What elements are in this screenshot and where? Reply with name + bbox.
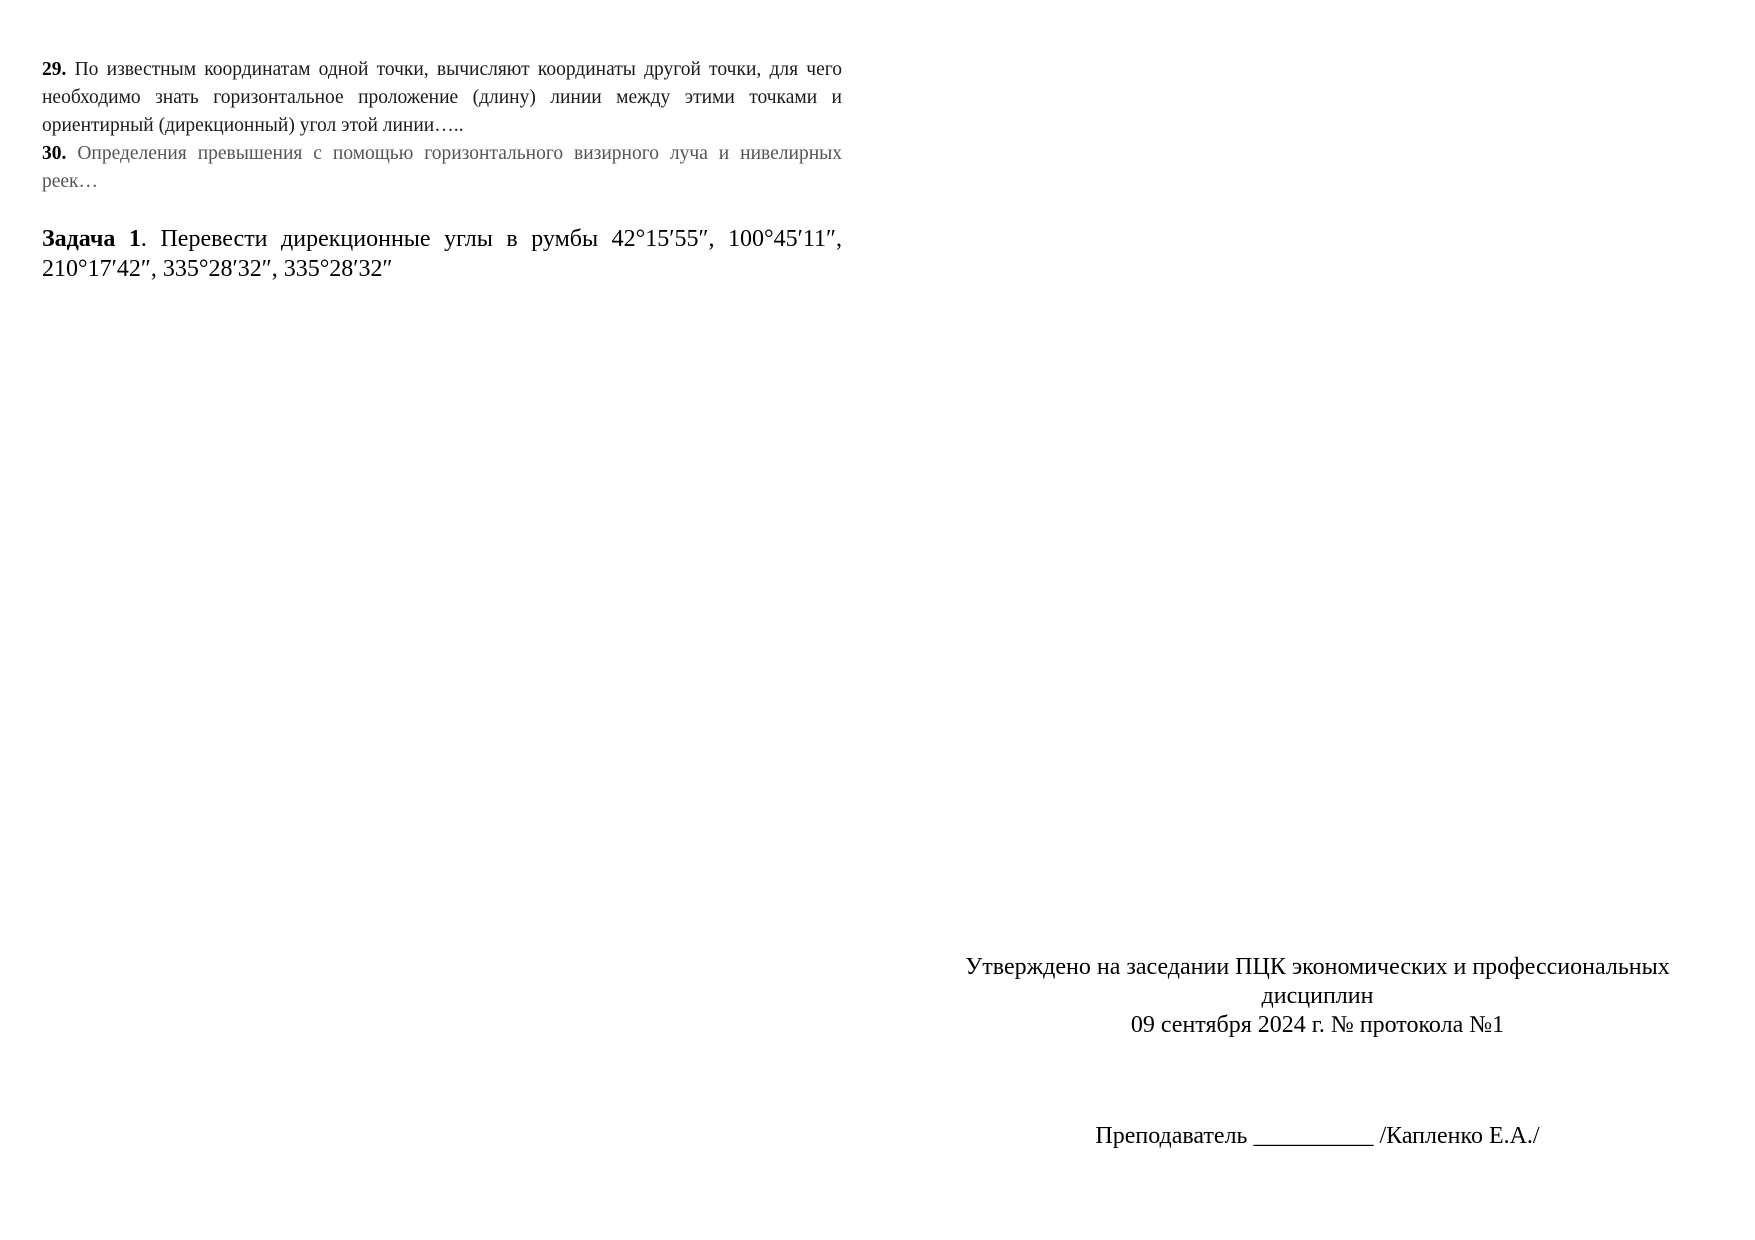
question-text: По известным координатам одной точки, вы… xyxy=(42,59,842,136)
approval-block: Утверждено на заседании ПЦК экономически… xyxy=(945,953,1690,1040)
approval-line-2: дисциплин xyxy=(945,982,1690,1011)
signature-role: Преподаватель xyxy=(1095,1123,1247,1149)
signature-name: /Капленко Е.А./ xyxy=(1379,1123,1539,1149)
signature-line: Преподаватель __________ /Капленко Е.А./ xyxy=(945,1122,1690,1151)
task-1: Задача 1. Перевести дирекционные углы в … xyxy=(42,224,842,284)
question-29: 29. По известным координатам одной точки… xyxy=(42,56,842,140)
questions-section: 29. По известным координатам одной точки… xyxy=(42,56,842,308)
approval-line-1: Утверждено на заседании ПЦК экономически… xyxy=(945,953,1690,982)
task-label: Задача 1 xyxy=(42,226,141,252)
question-number: 29. xyxy=(42,59,66,80)
question-text: Определения превышения с помощью горизон… xyxy=(42,143,842,192)
signature-blank: __________ xyxy=(1253,1123,1373,1149)
question-30: 30. Определения превышения с помощью гор… xyxy=(42,140,842,196)
question-number: 30. xyxy=(42,143,66,164)
approval-date-line: 09 сентября 2024 г. № протокола №1 xyxy=(945,1011,1690,1040)
task-text: . Перевести дирекционные углы в румбы 42… xyxy=(42,226,842,282)
